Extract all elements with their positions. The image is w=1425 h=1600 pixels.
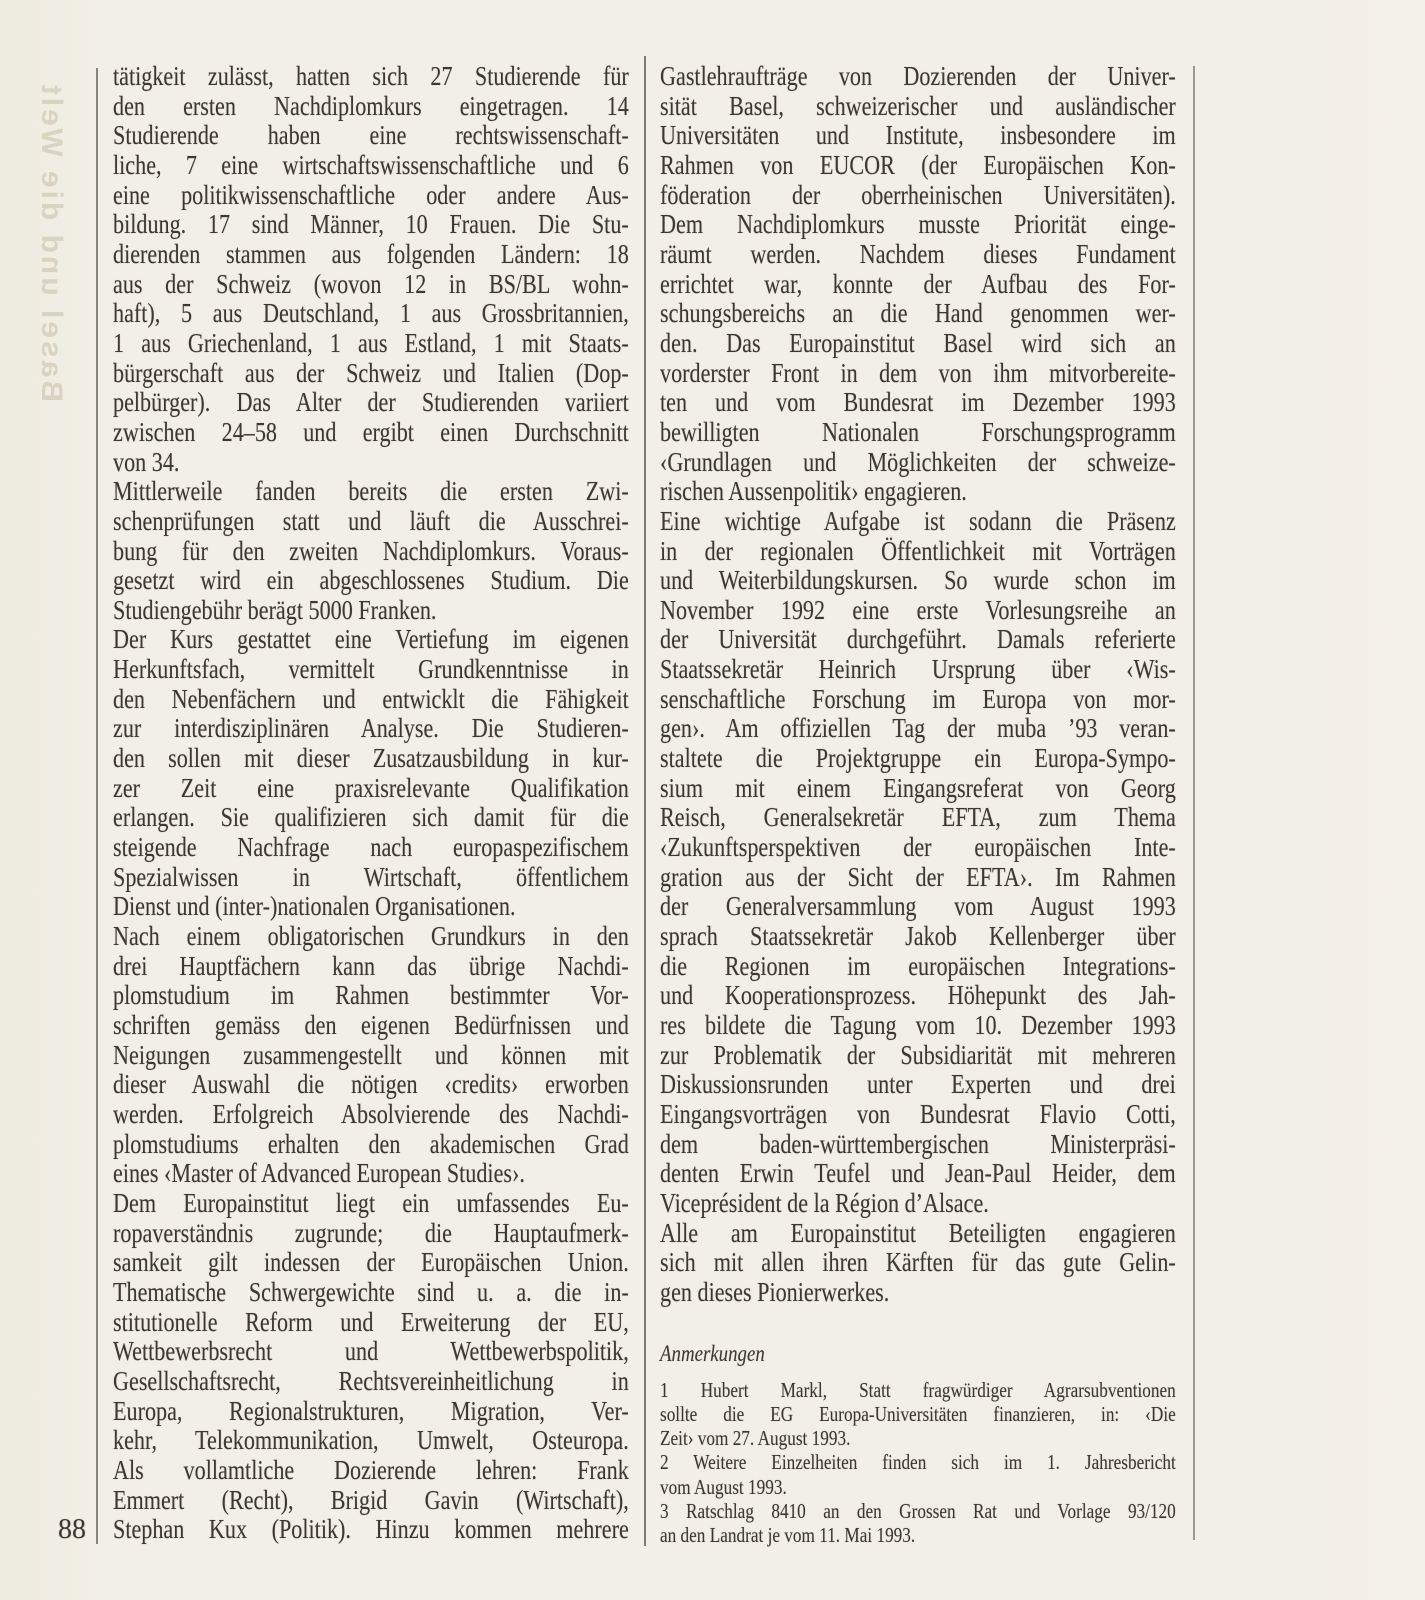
column-divider-rule bbox=[644, 56, 646, 1546]
text-line: Studierende haben eine rechtswissenschaf… bbox=[113, 121, 629, 151]
text-line: Europa, Regionalstrukturen, Migration, V… bbox=[113, 1397, 629, 1427]
text-line: Studiengebühr berägt 5000 Franken. bbox=[113, 596, 629, 626]
text-line: ‹Zukunftsperspektiven der europäischen I… bbox=[660, 833, 1176, 863]
text-line: sität Basel, schweizerischer und ausländ… bbox=[660, 92, 1176, 122]
text-line: der Generalversammlung vom August 1993 bbox=[660, 892, 1176, 922]
text-line: bildung. 17 sind Männer, 10 Frauen. Die … bbox=[113, 210, 629, 240]
text-line: Staatssekretär Heinrich Ursprung über ‹W… bbox=[660, 655, 1176, 685]
text-line: ten und vom Bundesrat im Dezember 1993 bbox=[660, 388, 1176, 418]
text-line: den Nebenfächern und entwicklt die Fähig… bbox=[113, 685, 629, 715]
text-line: Neigungen zusammengestellt und können mi… bbox=[113, 1041, 629, 1071]
text-line: zur Problematik der Subsidiarität mit me… bbox=[660, 1041, 1176, 1071]
text-line: Gastlehraufträge von Dozierenden der Uni… bbox=[660, 62, 1176, 92]
text-line: res bildete die Tagung vom 10. Dezember … bbox=[660, 1011, 1176, 1041]
text-line: Alle am Europainstitut Beteiligten engag… bbox=[660, 1219, 1176, 1249]
text-line: plomstudiums erhalten den akademischen G… bbox=[113, 1130, 629, 1160]
text-line: den. Das Europainstitut Basel wird sich … bbox=[660, 329, 1176, 359]
text-line: staltete die Projektgruppe ein Europa-Sy… bbox=[660, 744, 1176, 774]
text-line: 3 Ratschlag 8410 an den Grossen Rat und … bbox=[660, 1499, 1176, 1523]
text-line: Diskussionsrunden unter Experten und dre… bbox=[660, 1070, 1176, 1100]
text-line: gen dieses Pionierwerkes. bbox=[660, 1278, 1176, 1308]
text-line: erlangen. Sie qualifizieren sich damit f… bbox=[113, 803, 629, 833]
text-line: Viceprésident de la Région d’Alsace. bbox=[660, 1189, 1176, 1219]
text-line: senschaftliche Forschung im Europa von m… bbox=[660, 685, 1176, 715]
text-line: Als vollamtliche Dozierende lehren: Fran… bbox=[113, 1456, 629, 1486]
text-line: kehr, Telekommunikation, Umwelt, Osteuro… bbox=[113, 1426, 629, 1456]
text-line: und Kooperationsprozess. Höhepunkt des J… bbox=[660, 981, 1176, 1011]
text-line: drei Hauptfächern kann das übrige Nachdi… bbox=[113, 952, 629, 982]
bleedthrough-vertical-title: Basel und die Welt bbox=[34, 62, 68, 402]
text-line: vom August 1993. bbox=[660, 1475, 1176, 1499]
text-line: gration aus der Sicht der EFTA›. Im Rahm… bbox=[660, 863, 1176, 893]
text-line: sium mit einem Eingangsreferat von Georg bbox=[660, 774, 1176, 804]
text-line: 1 Hubert Markl, Statt fragwürdiger Agrar… bbox=[660, 1378, 1176, 1402]
text-line: eine politikwissenschaftliche oder ander… bbox=[113, 181, 629, 211]
text-line: Eine wichtige Aufgabe ist sodann die Prä… bbox=[660, 507, 1176, 537]
body-column-right-text: Gastlehraufträge von Dozierenden der Uni… bbox=[660, 62, 1176, 1308]
body-column-right: Gastlehraufträge von Dozierenden der Uni… bbox=[660, 62, 1176, 1548]
text-line: dieser Auswahl die nötigen ‹credits› erw… bbox=[113, 1070, 629, 1100]
text-line: Thematische Schwergewichte sind u. a. di… bbox=[113, 1278, 629, 1308]
text-line: die Regionen im europäischen Integration… bbox=[660, 952, 1176, 982]
text-line: errichtet war, konnte der Aufbau des For… bbox=[660, 270, 1176, 300]
text-line: steigende Nachfrage nach europaspezifisc… bbox=[113, 833, 629, 863]
text-line: Gesellschaftsrecht, Rechtsvereinheitlich… bbox=[113, 1367, 629, 1397]
text-line: 1 aus Griechenland, 1 aus Estland, 1 mit… bbox=[113, 329, 629, 359]
text-line: schungsbereichs an die Hand genommen wer… bbox=[660, 299, 1176, 329]
text-line: dierenden stammen aus folgenden Ländern:… bbox=[113, 240, 629, 270]
text-line: liche, 7 eine wirtschaftswissenschaftlic… bbox=[113, 151, 629, 181]
text-line: eines ‹Master of Advanced European Studi… bbox=[113, 1159, 629, 1189]
page-number: 88 bbox=[46, 1514, 86, 1546]
text-line: sprach Staatssekretär Jakob Kellenberger… bbox=[660, 922, 1176, 952]
text-line: von 34. bbox=[113, 448, 629, 478]
text-line: gesetzt wird ein abgeschlossenes Studium… bbox=[113, 566, 629, 596]
text-line: räumt werden. Nachdem dieses Fundament bbox=[660, 240, 1176, 270]
text-line: Wettbewerbsrecht und Wettbewerbspolitik, bbox=[113, 1337, 629, 1367]
text-line: haft), 5 aus Deutschland, 1 aus Grossbri… bbox=[113, 299, 629, 329]
text-line: schriften gemäss den eigenen Bedürfnisse… bbox=[113, 1011, 629, 1041]
text-line: denten Erwin Teufel und Jean-Paul Heider… bbox=[660, 1159, 1176, 1189]
text-line: werden. Erfolgreich Absolvierende des Na… bbox=[113, 1100, 629, 1130]
text-line: samkeit gilt indessen der Europäischen U… bbox=[113, 1248, 629, 1278]
text-line: Eingangsvorträgen von Bundesrat Flavio C… bbox=[660, 1100, 1176, 1130]
text-line: stitutionelle Reform und Erweiterung der… bbox=[113, 1308, 629, 1338]
text-line: der Universität durchgeführt. Damals ref… bbox=[660, 625, 1176, 655]
text-line: ropaverständnis zugrunde; die Hauptaufme… bbox=[113, 1219, 629, 1249]
text-line: zwischen 24–58 und ergibt einen Durchsch… bbox=[113, 418, 629, 448]
text-line: bürgerschaft aus der Schweiz und Italien… bbox=[113, 359, 629, 389]
text-line: sollte die EG Europa-Universitäten finan… bbox=[660, 1402, 1176, 1426]
text-line: Dienst und (inter-)nationalen Organisati… bbox=[113, 892, 629, 922]
body-column-left: tätigkeit zulässt, hatten sich 27 Studie… bbox=[113, 62, 629, 1545]
text-line: in der regionalen Öffentlichkeit mit Vor… bbox=[660, 537, 1176, 567]
footnotes-heading: Anmerkungen bbox=[660, 1339, 1176, 1369]
text-line: den ersten Nachdiplomkurs eingetragen. 1… bbox=[113, 92, 629, 122]
text-line: vorderster Front in dem von ihm mitvorbe… bbox=[660, 359, 1176, 389]
text-line: schenprüfungen statt und läuft die Aussc… bbox=[113, 507, 629, 537]
text-line: und Weiterbildungskursen. So wurde schon… bbox=[660, 566, 1176, 596]
text-line: Emmert (Recht), Brigid Gavin (Wirtschaft… bbox=[113, 1486, 629, 1516]
text-line: Nach einem obligatorischen Grundkurs in … bbox=[113, 922, 629, 952]
text-line: Spezialwissen in Wirtschaft, öffentliche… bbox=[113, 863, 629, 893]
footnotes-block: 1 Hubert Markl, Statt fragwürdiger Agrar… bbox=[660, 1378, 1176, 1548]
text-line: ‹Grundlagen und Möglichkeiten der schwei… bbox=[660, 448, 1176, 478]
text-line: November 1992 eine erste Vorlesungsreihe… bbox=[660, 596, 1176, 626]
text-line: zur interdisziplinären Analyse. Die Stud… bbox=[113, 714, 629, 744]
text-line: föderation der oberrheinischen Universit… bbox=[660, 181, 1176, 211]
scanned-journal-page: Basel und die Welt tätigkeit zulässt, ha… bbox=[0, 0, 1425, 1600]
text-line: zer Zeit eine praxisrelevante Qualifikat… bbox=[113, 774, 629, 804]
text-line: Dem Nachdiplomkurs musste Priorität eing… bbox=[660, 210, 1176, 240]
text-line: Dem Europainstitut liegt ein umfassendes… bbox=[113, 1189, 629, 1219]
right-margin-rule bbox=[1193, 66, 1195, 1540]
text-line: den sollen mit dieser Zusatzausbildung i… bbox=[113, 744, 629, 774]
text-line: sich mit allen ihren Kärften für das gut… bbox=[660, 1248, 1176, 1278]
text-line: dem baden-württembergischen Ministerpräs… bbox=[660, 1130, 1176, 1160]
text-line: pelbürger). Das Alter der Studierenden v… bbox=[113, 388, 629, 418]
text-line: plomstudium im Rahmen bestimmter Vor- bbox=[113, 981, 629, 1011]
text-line: Herkunftsfach, vermittelt Grundkenntniss… bbox=[113, 655, 629, 685]
text-line: 2 Weitere Einzelheiten finden sich im 1.… bbox=[660, 1450, 1176, 1474]
text-line: Zeit› vom 27. August 1993. bbox=[660, 1426, 1176, 1450]
text-line: bung für den zweiten Nachdiplomkurs. Vor… bbox=[113, 537, 629, 567]
text-line: gen›. Am offiziellen Tag der muba ’93 ve… bbox=[660, 714, 1176, 744]
text-line: tätigkeit zulässt, hatten sich 27 Studie… bbox=[113, 62, 629, 92]
text-line: Reisch, Generalsekretär EFTA, zum Thema bbox=[660, 803, 1176, 833]
text-line: Universitäten und Institute, insbesonder… bbox=[660, 121, 1176, 151]
text-line: aus der Schweiz (wovon 12 in BS/BL wohn- bbox=[113, 270, 629, 300]
text-line: Stephan Kux (Politik). Hinzu kommen mehr… bbox=[113, 1515, 629, 1545]
text-line: rischen Aussenpolitik› engagieren. bbox=[660, 477, 1176, 507]
text-line: bewilligten Nationalen Forschungsprogram… bbox=[660, 418, 1176, 448]
text-line: an den Landrat je vom 11. Mai 1993. bbox=[660, 1523, 1176, 1547]
text-line: Rahmen von EUCOR (der Europäischen Kon- bbox=[660, 151, 1176, 181]
text-line: Der Kurs gestattet eine Vertiefung im ei… bbox=[113, 625, 629, 655]
text-line: Mittlerweile fanden bereits die ersten Z… bbox=[113, 477, 629, 507]
left-margin-rule bbox=[96, 68, 98, 1544]
